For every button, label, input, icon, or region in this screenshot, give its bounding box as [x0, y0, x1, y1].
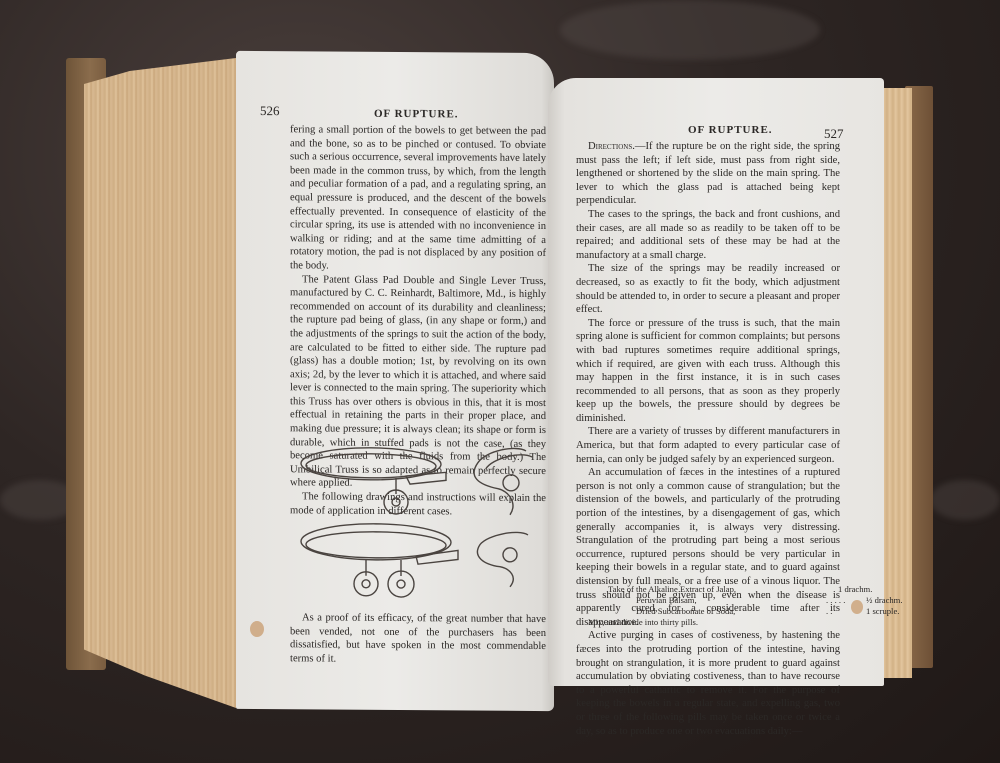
page-edges-left: [84, 58, 236, 708]
page-number: 526: [260, 103, 280, 119]
right-page: OF RUPTURE. 527 Directions.—If the ruptu…: [548, 78, 884, 686]
leather-crease: [560, 0, 820, 60]
foxing-stain: [851, 600, 863, 614]
paragraph: The cases to the springs, the back and f…: [576, 208, 840, 262]
foxing-stain: [250, 621, 264, 637]
paragraph: There are a variety of trusses by differ…: [576, 425, 840, 466]
recipe-row: Peruvian Balsam, . . . . . ½ drachm.: [588, 595, 926, 606]
recipe-row: Take of the Alkaline Extract of Jalap, .…: [588, 584, 926, 595]
running-head: OF RUPTURE.: [374, 108, 459, 121]
paragraph: fering a small portion of the bowels to …: [290, 123, 546, 274]
truss-illustration: [296, 441, 546, 603]
pill-recipe: Take of the Alkaline Extract of Jalap, .…: [588, 584, 926, 628]
paragraph: The force or pressure of the truss is su…: [576, 317, 840, 426]
running-head: OF RUPTURE.: [688, 124, 773, 136]
recipe-row: Dried Subcarbonate of Soda, . . 1 scrupl…: [588, 606, 926, 617]
body-text: Directions.—If the rupture be on the rig…: [576, 140, 840, 738]
paragraph: Active purging in cases of costiveness, …: [576, 629, 840, 738]
leather-crease: [930, 480, 1000, 520]
paragraph: As a proof of its efficacy, of the great…: [290, 611, 546, 667]
closing-text: As a proof of its efficacy, of the great…: [290, 611, 546, 667]
recipe-instruction: Mix, and divide into thirty pills.: [588, 617, 926, 628]
paragraph: The size of the springs may be readily i…: [576, 262, 840, 316]
directions-label: Directions.: [588, 141, 635, 152]
left-page: 526 OF RUPTURE. fering a small portion o…: [236, 51, 554, 711]
